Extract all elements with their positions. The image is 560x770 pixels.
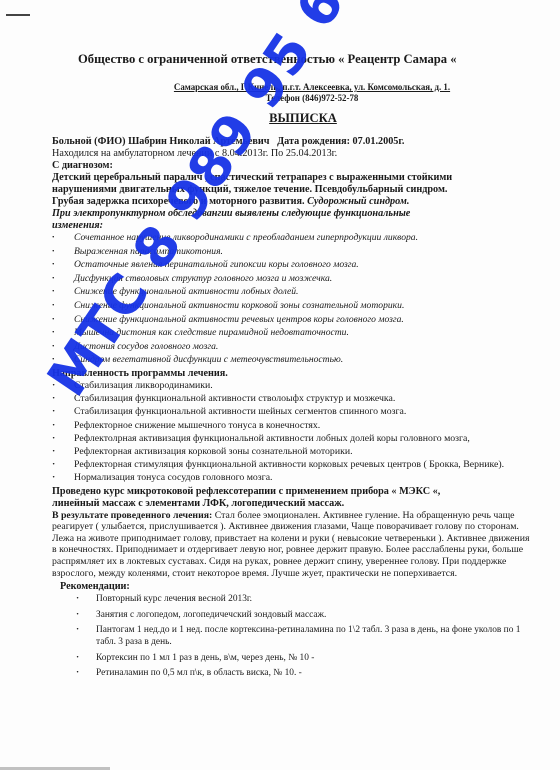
document-title: ВЫПИСКА xyxy=(0,111,560,126)
patient-line: Больной (ФИО) Шабрин Николай Артемьевич … xyxy=(52,136,532,148)
electropuncture-heading: При электропунктурном обследовангии выяв… xyxy=(52,208,532,232)
list-item: Дисфункция стволовых структур головного … xyxy=(52,273,532,286)
program-heading: Направленность программы лечения. xyxy=(52,368,532,380)
treatment-period: Находился на амбулаторном лечении с 8.04… xyxy=(52,148,532,160)
diagnosis-heading: С диагнозом: xyxy=(52,160,532,172)
list-item: Сочетанное нарушение ликвородинамики с п… xyxy=(52,232,532,245)
list-item: Занятия с логопедом, логопедичечский зон… xyxy=(76,609,532,621)
list-item: Рефлекторная стимуляция функциональной а… xyxy=(52,459,532,471)
treatment-result: В результате проведенного лечения: Стал … xyxy=(52,510,532,580)
list-item: Пантогам 1 нед.до и 1 нед. после кортекс… xyxy=(76,624,532,649)
list-item: Нормализация тонуса сосудов головного мо… xyxy=(52,472,532,484)
diagnosis-text: Детский церебральный паралич , спастичес… xyxy=(52,172,532,208)
list-item: Дистония сосудов головного мозга. xyxy=(52,341,532,354)
list-item: Рефлектолрная активизация функциональной… xyxy=(52,433,532,445)
organization-address: Самарская обл., Г.Кинель, п.г.т. Алексее… xyxy=(0,82,560,92)
scanned-document-page: Общество с ограниченной ответственностью… xyxy=(0,0,560,770)
list-item: Рефлекторное снижение мышечного тонуса в… xyxy=(52,420,532,432)
list-item: Рефлекторная активизация корковой зоны с… xyxy=(52,446,532,458)
patient-dob: Дата рождения: 07.01.2005г. xyxy=(277,136,404,147)
list-item: Стабилизация ликвородинамики. xyxy=(52,380,532,392)
recommendations-heading: Рекомендации: xyxy=(52,581,532,593)
list-item: Повторный курс лечения весной 2013г. xyxy=(76,593,532,605)
list-item: Снижение функциональной активности корко… xyxy=(52,300,532,313)
list-item: Мышечна дистония как следствие пирамидно… xyxy=(52,327,532,340)
list-item: Снижение функциональной активности речев… xyxy=(52,314,532,327)
electropuncture-findings-list: Сочетанное нарушение ликвородинамики с п… xyxy=(52,232,532,367)
list-item: Синдром вегетативной дисфункции с метеоч… xyxy=(52,354,532,367)
list-item: Снижение функциональной активности лобны… xyxy=(52,286,532,299)
list-item: Кортексин по 1 мл 1 раз в день, в\м, чер… xyxy=(76,652,532,664)
organization-name: Общество с ограниченной ответственностью… xyxy=(78,52,457,67)
procedure-text: Проведено курс микротоковой рефлексотера… xyxy=(52,486,532,510)
program-list: Стабилизация ликвородинамики. Стабилизац… xyxy=(52,380,532,485)
list-item: Остаточные явления перинатальной гипокси… xyxy=(52,259,532,272)
list-item: Стабилизация функциональной активности с… xyxy=(52,393,532,405)
document-body: Больной (ФИО) Шабрин Николай Артемьевич … xyxy=(52,136,532,683)
result-label: В результате проведенного лечения: xyxy=(52,510,212,521)
diagnosis-italic-tail: Судорожный синдром. xyxy=(307,196,409,207)
patient-name: Больной (ФИО) Шабрин Николай Артемьевич xyxy=(52,136,270,147)
organization-phone: Телефон (846)972-52-78 xyxy=(0,93,560,103)
list-item: Выраженная парасимпатикотония. xyxy=(52,246,532,259)
list-item: Ретиналамин по 0,5 мл п\к, в область вис… xyxy=(76,667,532,679)
scan-artifact-mark xyxy=(6,14,30,16)
recommendations-list: Повторный курс лечения весной 2013г. Зан… xyxy=(52,593,532,679)
list-item: Стабилизация функциональной активности ш… xyxy=(52,406,532,418)
